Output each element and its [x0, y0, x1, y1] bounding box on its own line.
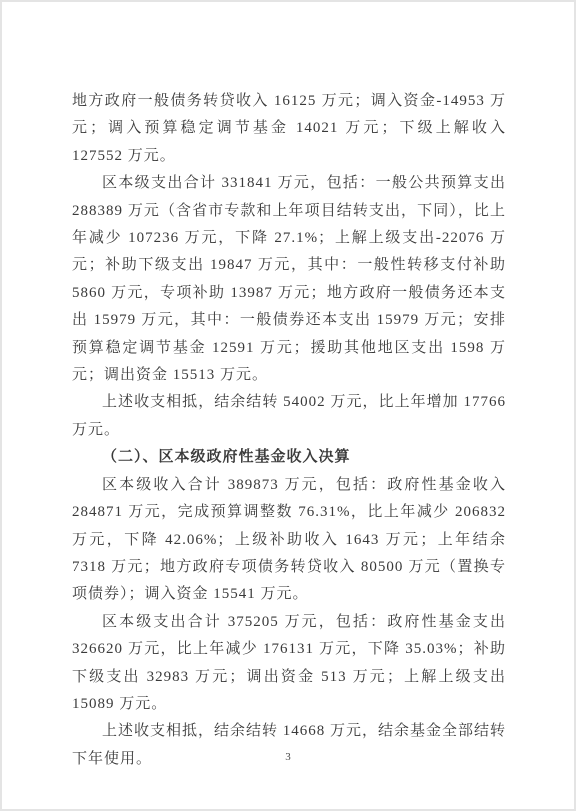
- document-page: 地方政府一般债务转贷收入 16125 万元；调入资金-14953 万元；调入预算…: [0, 0, 576, 811]
- paragraph-balance-carryover-fund: 上述收支相抵，结余结转 14668 万元，结余基金全部结转下年使用。: [72, 718, 506, 773]
- document-content: 地方政府一般债务转贷收入 16125 万元；调入资金-14953 万元；调入预算…: [72, 88, 506, 773]
- paragraph-district-expenditure-total: 区本级支出合计 331841 万元，包括：一般公共预算支出 288389 万元（…: [72, 170, 506, 389]
- paragraph-debt-transfer-income: 地方政府一般债务转贷收入 16125 万元；调入资金-14953 万元；调入预算…: [72, 88, 506, 170]
- page-number: 3: [2, 751, 574, 763]
- paragraph-fund-revenue-total: 区本级收入合计 389873 万元，包括：政府性基金收入 284871 万元，完…: [72, 472, 506, 609]
- paragraph-balance-carryover-general: 上述收支相抵，结余结转 54002 万元，比上年增加 17766 万元。: [72, 389, 506, 444]
- paragraph-fund-expenditure-total: 区本级支出合计 375205 万元，包括：政府性基金支出 326620 万元，比…: [72, 609, 506, 719]
- section-heading-government-fund-revenue: （二）、区本级政府性基金收入决算: [72, 444, 506, 471]
